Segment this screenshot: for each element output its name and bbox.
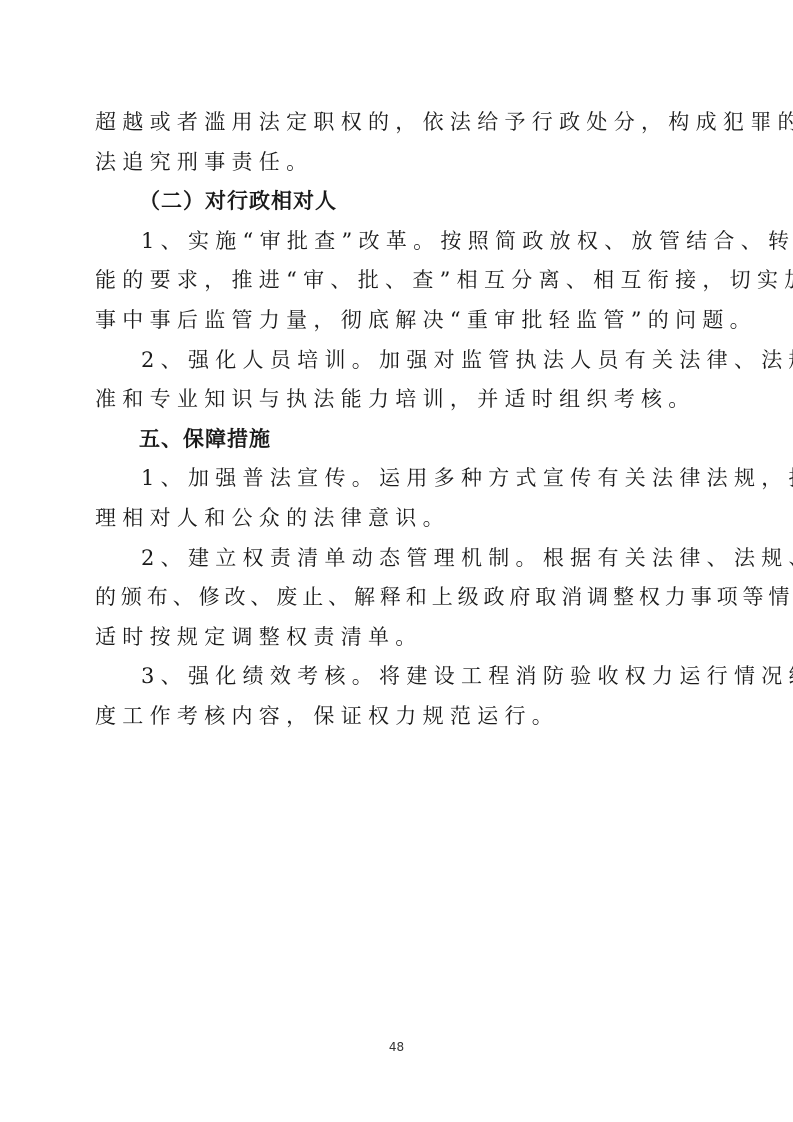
paragraph-line: 适时按规定调整权责清单。 — [95, 618, 699, 658]
paragraph-line: 度工作考核内容，保证权力规范运行。 — [95, 697, 699, 737]
document-page: 超越或者滥用法定职权的，依法给予行政处分，构成犯罪的，依 法追究刑事责任。 （二… — [95, 103, 699, 737]
page-number: 48 — [0, 1040, 793, 1054]
paragraph-line: 理相对人和公众的法律意识。 — [95, 499, 699, 539]
paragraph-line: 法追究刑事责任。 — [95, 143, 699, 183]
paragraph-line: 1、加强普法宣传。运用多种方式宣传有关法律法规，提升管 — [95, 459, 699, 499]
paragraph-line: 事中事后监管力量，彻底解决“重审批轻监管”的问题。 — [95, 301, 699, 341]
paragraph-line: 1、实施“审批查”改革。按照简政放权、放管结合、转变职 — [95, 222, 699, 262]
section-heading: 五、保障措施 — [95, 420, 699, 460]
paragraph-line: 准和专业知识与执法能力培训，并适时组织考核。 — [95, 380, 699, 420]
paragraph-line: 2、强化人员培训。加强对监管执法人员有关法律、法规、标 — [95, 341, 699, 381]
paragraph-line: 超越或者滥用法定职权的，依法给予行政处分，构成犯罪的，依 — [95, 103, 699, 143]
paragraph-line: 2、建立权责清单动态管理机制。根据有关法律、法规、规章 — [95, 539, 699, 579]
paragraph-line: 3、强化绩效考核。将建设工程消防验收权力运行情况纳入年 — [95, 657, 699, 697]
section-heading: （二）对行政相对人 — [95, 182, 699, 222]
paragraph-line: 的颁布、修改、废止、解释和上级政府取消调整权力事项等情况， — [95, 578, 699, 618]
paragraph-line: 能的要求，推进“审、批、查”相互分离、相互衔接，切实加强 — [95, 261, 699, 301]
